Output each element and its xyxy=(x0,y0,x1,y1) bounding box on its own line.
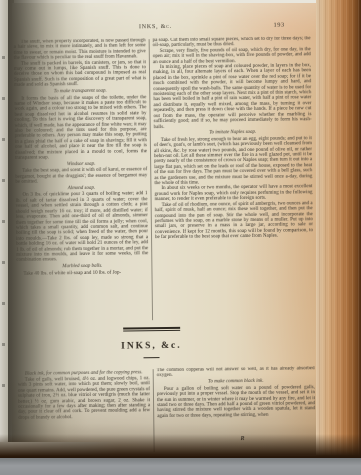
table-surface xyxy=(0,458,361,475)
paragraph: Take the best soap, and scent it with oi… xyxy=(15,168,147,186)
open-book: INKS, &c. 193 The snuff, when properly i… xyxy=(0,0,361,462)
left-column: The snuff, when properly incorporated, i… xyxy=(14,38,149,322)
paragraph: In about six weeks or two months, the op… xyxy=(154,185,312,203)
paragraph: On 3 lbs. of quicklime pour 3 quarts of … xyxy=(15,192,148,264)
running-head: INKS, &c. xyxy=(115,24,195,31)
paragraph: Take of fresh ley, strong enough to bear… xyxy=(154,136,313,187)
paragraph: Scrape, very finely, five pounds of oil … xyxy=(153,47,311,65)
page-content: INKS, &c. 193 The snuff, when properly i… xyxy=(11,14,320,454)
book-bottom-edge xyxy=(0,434,361,460)
top-section-columns: The snuff, when properly incorporated, i… xyxy=(12,36,315,322)
paragraph: The common copperas will not answer so w… xyxy=(157,366,315,379)
section-heading: INKS, &c. xyxy=(55,340,247,352)
page-number: 193 xyxy=(273,21,303,28)
section-divider-rule xyxy=(123,327,180,332)
paragraph: Pour a gallon of boiling soft water on a… xyxy=(157,385,315,419)
section-divider: INKS, &c. xyxy=(55,326,247,360)
paragraph: Take 40 lbs. of white oil-soap and 10 lb… xyxy=(16,270,148,277)
paragraph: The snuff, when properly incorporated, i… xyxy=(14,38,146,61)
right-column: pa soap. Cut them into small square piec… xyxy=(153,36,314,320)
paragraph: It forms the basis of all the soaps of t… xyxy=(14,95,147,161)
paragraph: In mixing, place pieces of soap and colo… xyxy=(153,63,312,130)
section-heading-rule xyxy=(144,357,160,358)
paragraph: The snuff is packed in barrels, tin cani… xyxy=(14,60,146,89)
book-photo: INKS, &c. 193 The snuff, when properly i… xyxy=(0,0,361,475)
paragraph: Take of oil of rhodium, one ounce, of sp… xyxy=(155,201,313,241)
page-fore-edges xyxy=(316,0,361,460)
paragraph: Take of galls, well bruised, 4½ oz. and … xyxy=(18,376,151,421)
